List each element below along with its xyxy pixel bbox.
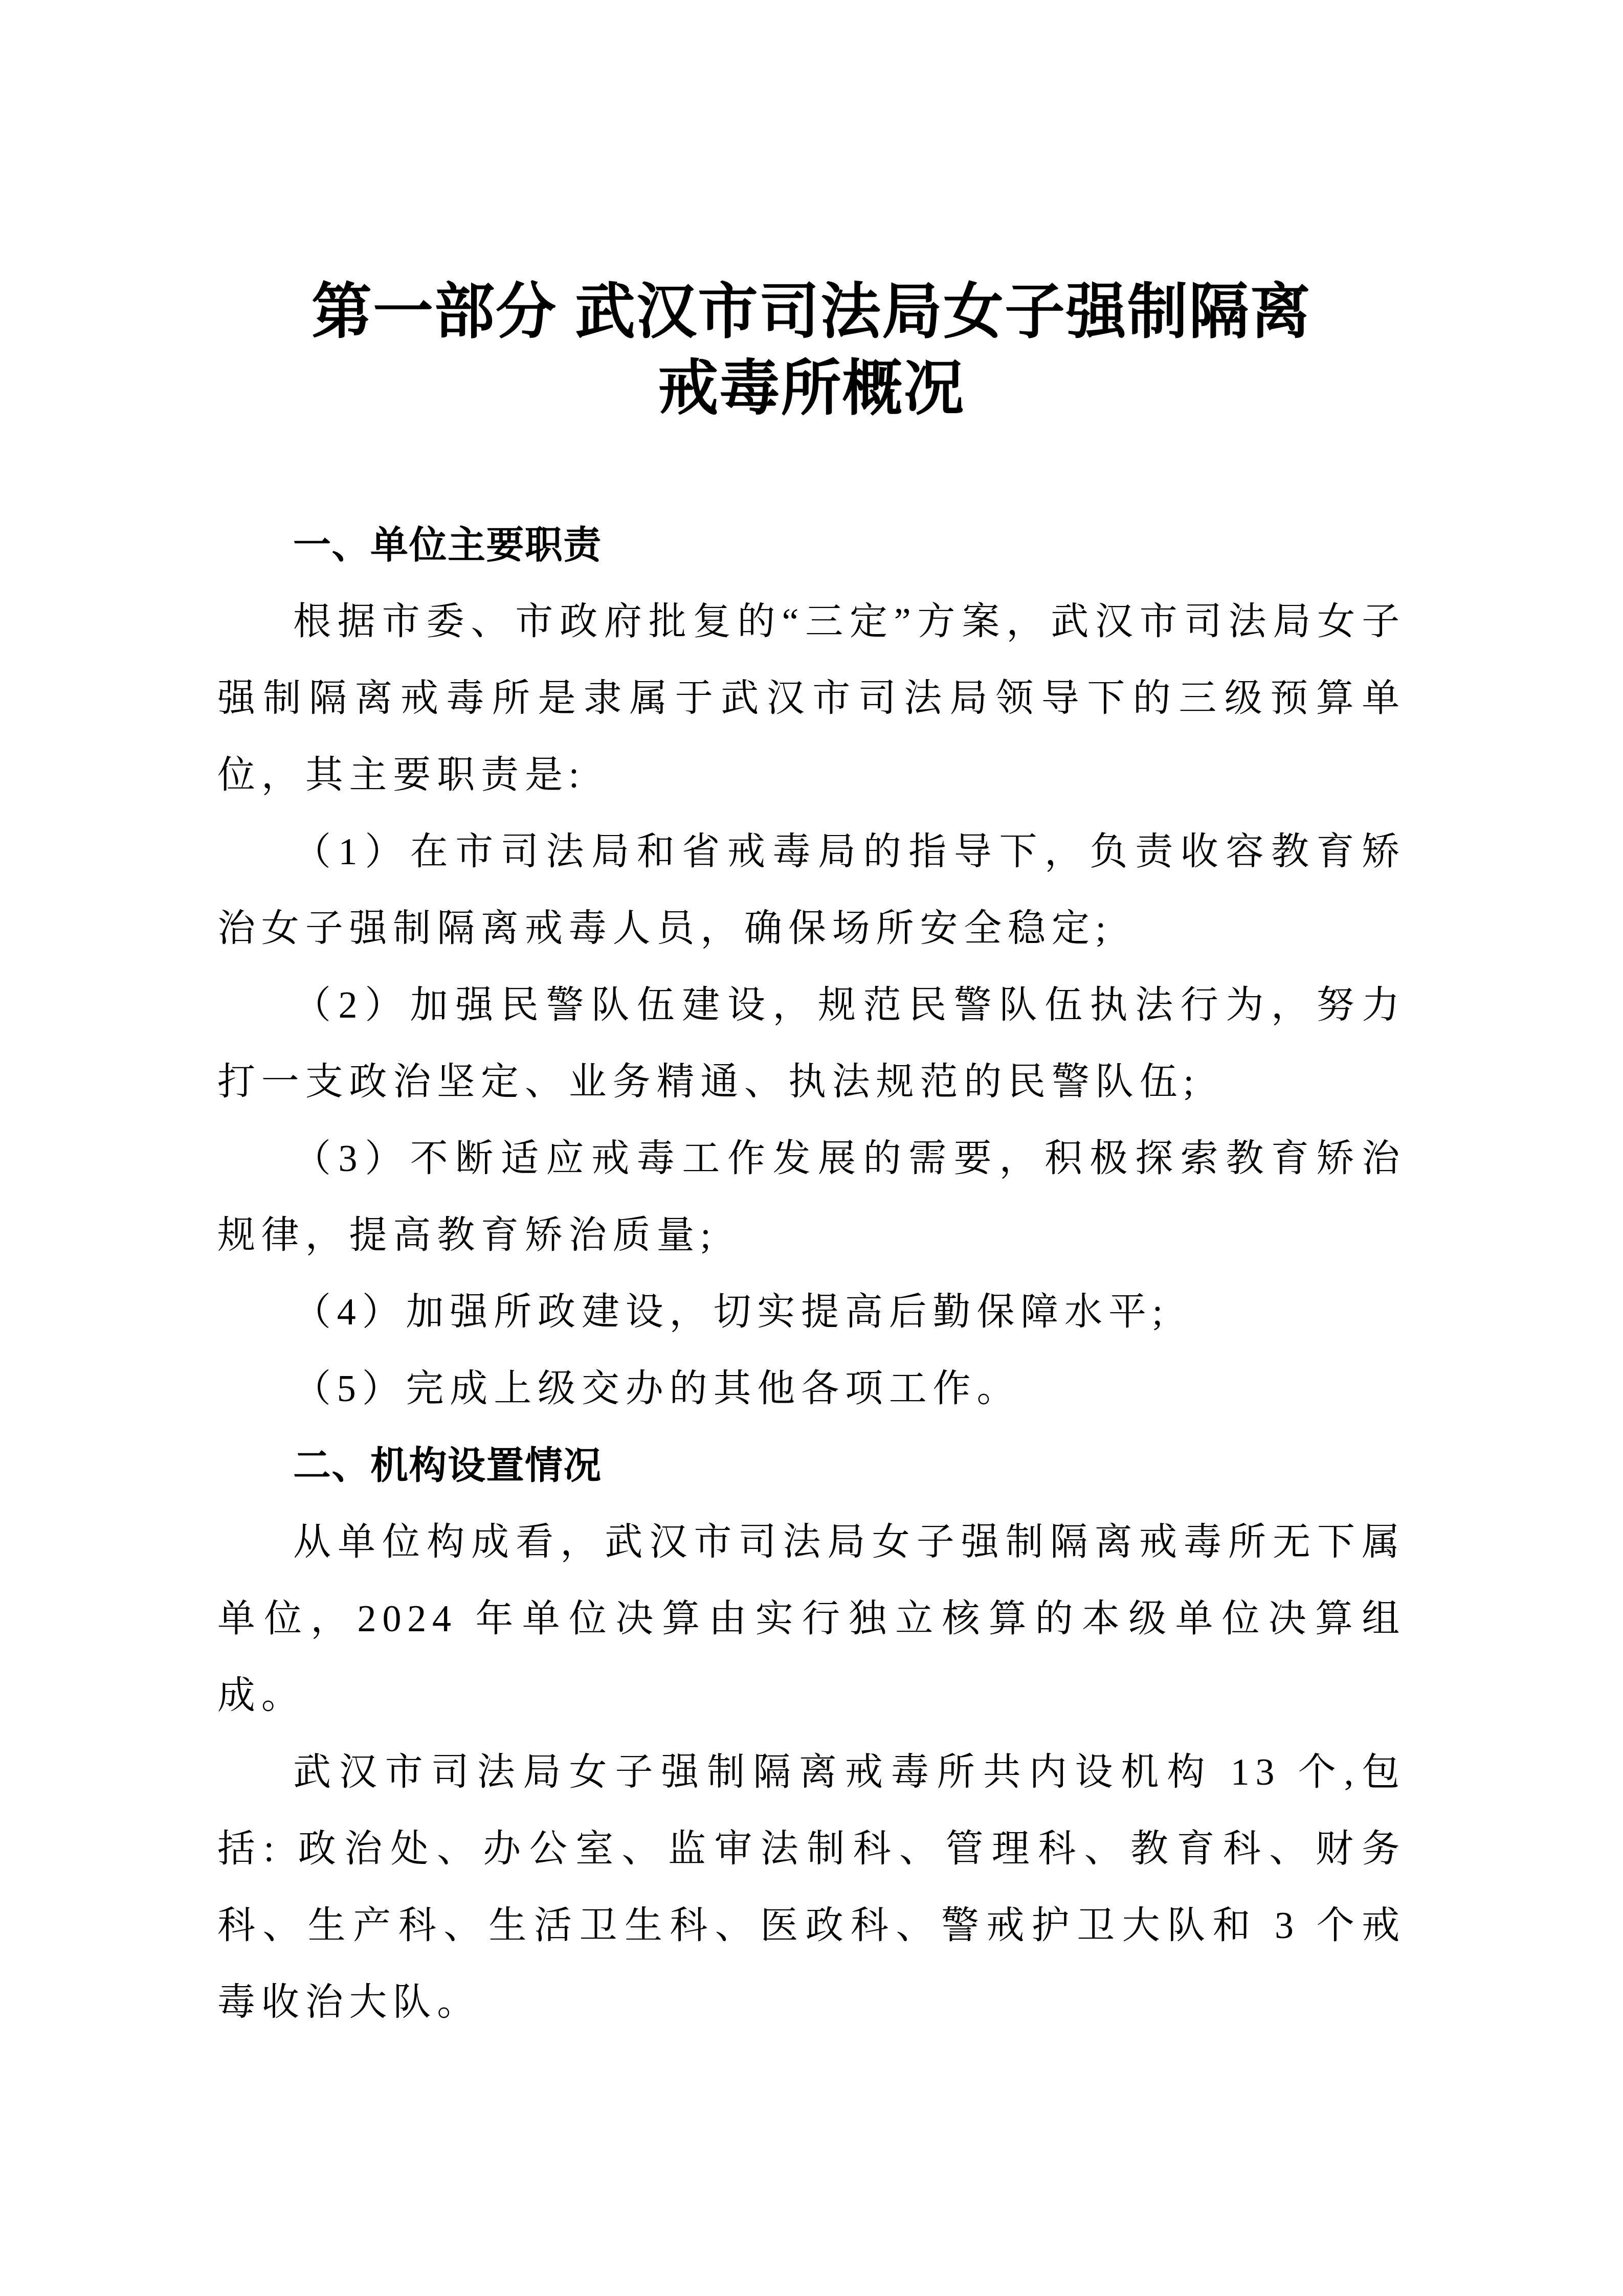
section-1-duty-item-4: （4）加强所政建设，切实提高后勤保障水平; (217, 1274, 1406, 1350)
section-2-heading: 二、机构设置情况 (217, 1427, 1406, 1504)
document-body: 一、单位主要职责 根据市委、市政府批复的“三定”方案，武汉市司法局女子强制隔离戒… (217, 507, 1406, 2041)
document-title-line-2: 戒毒所概况 (217, 350, 1406, 427)
section-1-duty-item-3: （3）不断适应戒毒工作发展的需要，积极探索教育矫治规律，提高教育矫治质量; (217, 1120, 1406, 1274)
section-1-duty-item-2: （2）加强民警队伍建设，规范民警队伍执法行为，努力打一支政治坚定、业务精通、执法… (217, 967, 1406, 1120)
section-1-duty-item-1: （1）在市司法局和省戒毒局的指导下，负责收容教育矫治女子强制隔离戒毒人员，确保场… (217, 814, 1406, 967)
section-1-heading: 一、单位主要职责 (217, 507, 1406, 583)
document-title: 第一部分 武汉市司法局女子强制隔离 戒毒所概况 (217, 274, 1406, 427)
section-2-internal-organs-paragraph: 武汉市司法局女子强制隔离戒毒所共内设机构 13 个,包括: 政治处、办公室、监审… (217, 1734, 1406, 2041)
section-1-duty-item-5: （5）完成上级交办的其他各项工作。 (217, 1350, 1406, 1427)
section-1-intro-paragraph: 根据市委、市政府批复的“三定”方案，武汉市司法局女子强制隔离戒毒所是隶属于武汉市… (217, 583, 1406, 814)
document-title-line-1: 第一部分 武汉市司法局女子强制隔离 (217, 274, 1406, 350)
section-2-composition-paragraph: 从单位构成看，武汉市司法局女子强制隔离戒毒所无下属单位，2024 年单位决算由实… (217, 1504, 1406, 1734)
document-page: 第一部分 武汉市司法局女子强制隔离 戒毒所概况 一、单位主要职责 根据市委、市政… (0, 0, 1623, 2296)
